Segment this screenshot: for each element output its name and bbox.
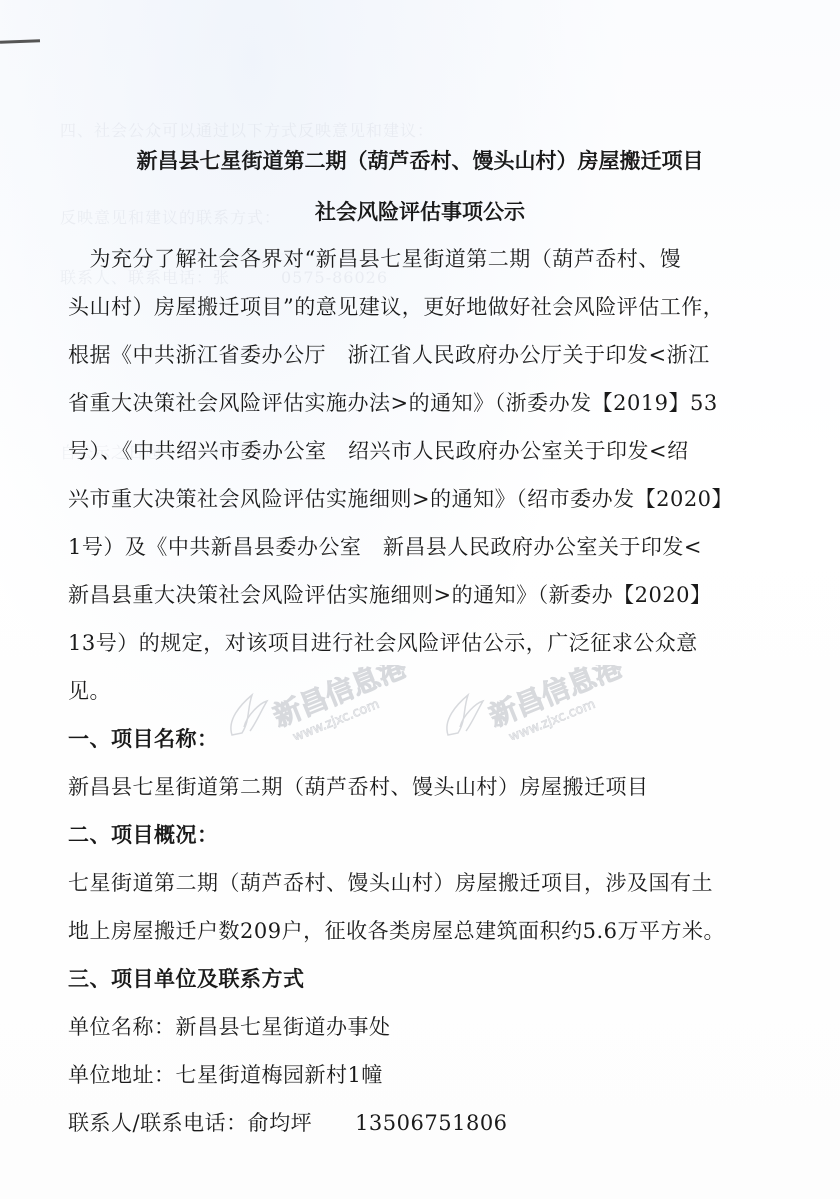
body-line: 13号）的规定，对该项目进行社会风险评估公示，广泛征求公众意 (68, 627, 698, 657)
section-heading-contact: 三、项目单位及联系方式 (68, 963, 305, 993)
section-heading-project-overview: 二、项目概况： (68, 819, 219, 849)
bleed-through-text: 四、社会公众可以通过以下方式反映意见和建议： (60, 118, 800, 141)
section-heading-project-name: 一、项目名称： (68, 723, 219, 753)
document-subtitle: 社会风险评估事项公示 (0, 196, 840, 226)
body-line: 兴市重大决策社会风险评估实施细则>的通知》（绍市委办发【2020】 (68, 483, 733, 513)
body-line: 新昌县重大决策社会风险评估实施细则>的通知》（新委办【2020】 (68, 579, 712, 609)
watermark-rabbit-icon: 新昌信息港 www.zjxc.com (438, 665, 628, 740)
body-line: 为充分了解社会各界对“新昌县七星街道第二期（葫芦岙村、馒 (68, 243, 681, 273)
unit-name: 单位名称：新昌县七星街道办事处 (68, 1011, 391, 1041)
body-line: 1号）及《中共新昌县委办公室 新昌县人民政府办公室关于印发< (68, 531, 702, 561)
project-overview-line: 七星街道第二期（葫芦岙村、馒头山村）房屋搬迁项目，涉及国有土 (68, 867, 713, 897)
watermark-rabbit-icon: 新昌信息港 www.zjxc.com (222, 665, 412, 740)
unit-address: 单位地址：七星街道梅园新村1幢 (68, 1059, 383, 1089)
body-line: 头山村）房屋搬迁项目”的意见建议，更好地做好社会风险评估工作， (68, 291, 724, 321)
body-line: 号）、《中共绍兴市委办公室 绍兴市人民政府办公室关于印发<绍 (68, 435, 689, 465)
watermark-logo: 新昌信息港 www.zjxc.com (438, 665, 628, 740)
body-line: 省重大决策社会风险评估实施办法>的通知》（浙委办发【2019】53 (68, 387, 718, 417)
document-title: 新昌县七星街道第二期（葫芦岙村、馒头山村）房屋搬迁项目 (0, 145, 840, 175)
watermark-logo: 新昌信息港 www.zjxc.com (222, 665, 412, 740)
project-name-text: 新昌县七星街道第二期（葫芦岙村、馒头山村）房屋搬迁项目 (68, 771, 649, 801)
contact-person-phone: 联系人/联系电话：俞均坪 13506751806 (68, 1107, 508, 1137)
project-overview-line: 地上房屋搬迁户数209户，征收各类房屋总建筑面积约5.6万平方米。 (68, 915, 725, 945)
body-line: 见。 (68, 675, 111, 705)
body-line: 根据《中共浙江省委办公厅 浙江省人民政府办公厅关于印发<浙江 (68, 339, 710, 369)
